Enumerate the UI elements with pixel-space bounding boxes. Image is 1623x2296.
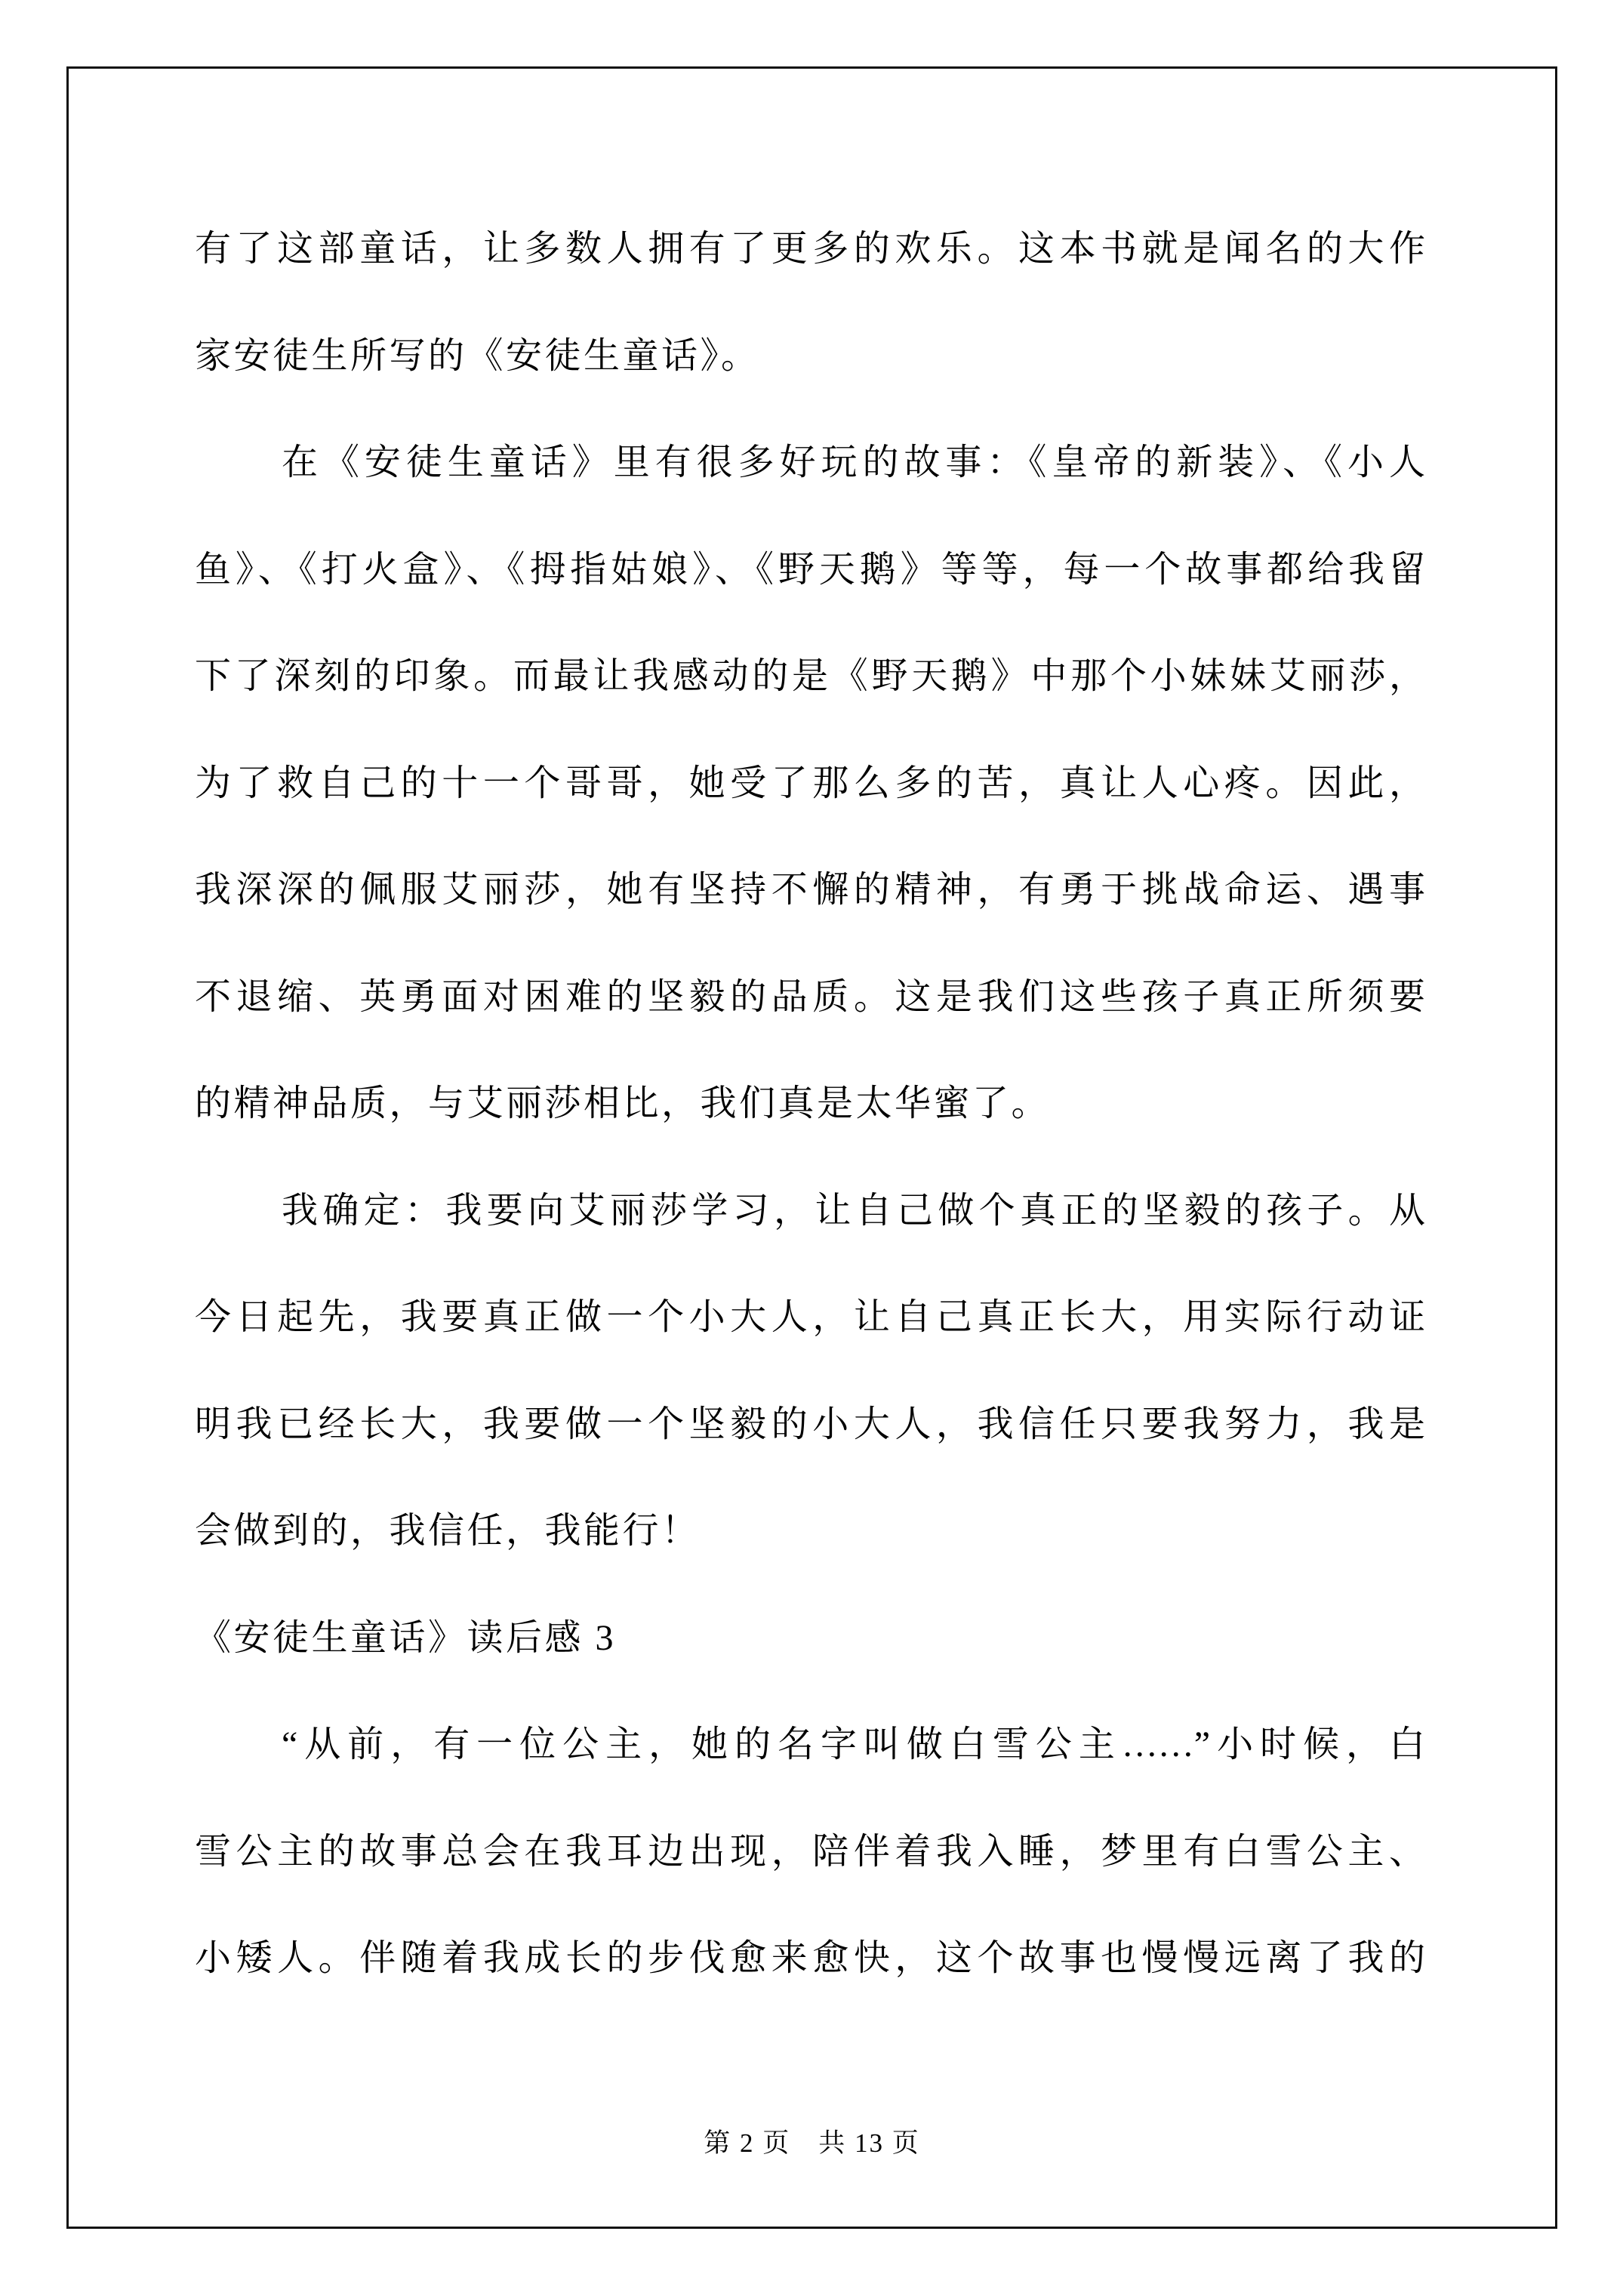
text-line: 今日起先，我要真正做一个小大人，让自己真正长大，用实际行动证	[195, 1264, 1425, 1371]
text-line: 明我已经长大，我要做一个坚毅的小大人，我信任只要我努力，我是	[195, 1371, 1425, 1478]
page-footer: 第 2 页 共 13 页	[66, 2125, 1557, 2162]
section-heading: 《安徒生童话》读后感 3	[195, 1585, 1425, 1692]
text-line: 小矮人。伴随着我成长的步伐愈来愈快，这个故事也慢慢远离了我的	[195, 1905, 1425, 2012]
text-line: 会做到的，我信任，我能行！	[195, 1478, 1425, 1585]
text-line: 下了深刻的印象。而最让我感动的是《野天鹅》中那个小妹妹艾丽莎，	[195, 623, 1425, 730]
text-line: 为了救自己的十一个哥哥，她受了那么多的苦，真让人心疼。因此，	[195, 730, 1425, 837]
text-line: 我深深的佩服艾丽莎，她有坚持不懈的精神，有勇于挑战命运、遇事	[195, 837, 1425, 944]
text-line: 家安徒生所写的《安徒生童话》。	[195, 303, 1425, 410]
text-line: 有了这部童话，让多数人拥有了更多的欢乐。这本书就是闻名的大作	[195, 196, 1425, 303]
document-body: 有了这部童话，让多数人拥有了更多的欢乐。这本书就是闻名的大作 家安徒生所写的《安…	[195, 196, 1425, 2012]
text-line: “从前，有一位公主，她的名字叫做白雪公主……”小时候，白	[195, 1691, 1425, 1798]
text-line: 雪公主的故事总会在我耳边出现，陪伴着我入睡，梦里有白雪公主、	[195, 1798, 1425, 1906]
document-page: { "document": { "lines": [ "有了这部童话，让多数人拥…	[0, 0, 1623, 2296]
text-line: 我确定：我要向艾丽莎学习，让自己做个真正的坚毅的孩子。从	[195, 1157, 1425, 1265]
text-line: 不退缩、英勇面对困难的坚毅的品质。这是我们这些孩子真正所须要	[195, 944, 1425, 1051]
text-line: 鱼》、《打火盒》、《拇指姑娘》、《野天鹅》等等，每一个故事都给我留	[195, 516, 1425, 624]
text-line: 在《安徒生童话》里有很多好玩的故事：《皇帝的新装》、《小人	[195, 409, 1425, 516]
text-line: 的精神品质，与艾丽莎相比，我们真是太华蜜了。	[195, 1050, 1425, 1157]
